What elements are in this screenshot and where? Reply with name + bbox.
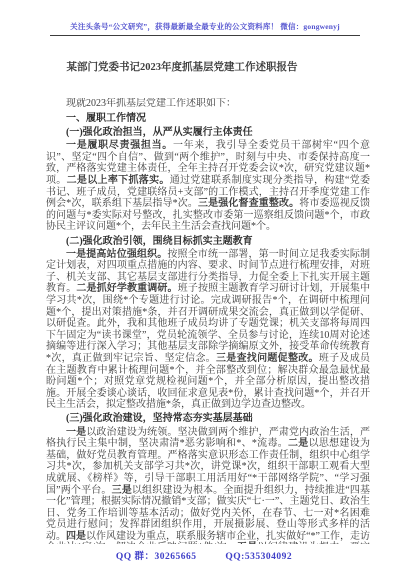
header-promo-text: 关注头条号“公文研究”，获得最新最全最专业的公文资料库！ 微信：gongweny…	[50, 21, 360, 36]
qq-group-number: QQ 群：30265665	[116, 552, 197, 562]
section-heading: (二)强化政治引领，围绕目标抓实主题教育	[46, 236, 370, 248]
paragraph: 一是履职尽责强担当。一年来，我引导全委党员干部树牢“四个意识”、坚定“四个自信”…	[46, 140, 370, 233]
paragraph: 一是以政治建设为统领。坚决做到两个维护，严肃党内政治生活，严格执行民主集中制，坚…	[46, 427, 370, 544]
section-heading: (一)强化政治担当，从严从实履行主体责任	[46, 127, 370, 139]
document-page: 关注头条号“公文研究”，获得最新最全最专业的公文资料库！ 微信：gongweny…	[0, 0, 408, 580]
section-heading: (三)强化政治建设，坚持常态夯实基层基础	[46, 413, 370, 425]
section-heading: 一、履职工作情况	[46, 113, 370, 125]
footer-contact: QQ 群：30265665 QQ:535304092	[0, 548, 408, 562]
paragraph: 现就2023年抓基层党建工作述职如下：	[46, 98, 370, 110]
document-title: 某部门党委书记2023年度抓基层党建工作述职报告	[20, 61, 344, 75]
paragraph: 一是提高站位强组织。按照全市统一部署，第一时间立足我委实际制定计划表，对四项重点…	[46, 249, 370, 411]
qq-personal-number: QQ:535304092	[225, 552, 292, 562]
document-body: 现就2023年抓基层党建工作述职如下：一、履职工作情况(一)强化政治担当，从严从…	[46, 98, 370, 544]
